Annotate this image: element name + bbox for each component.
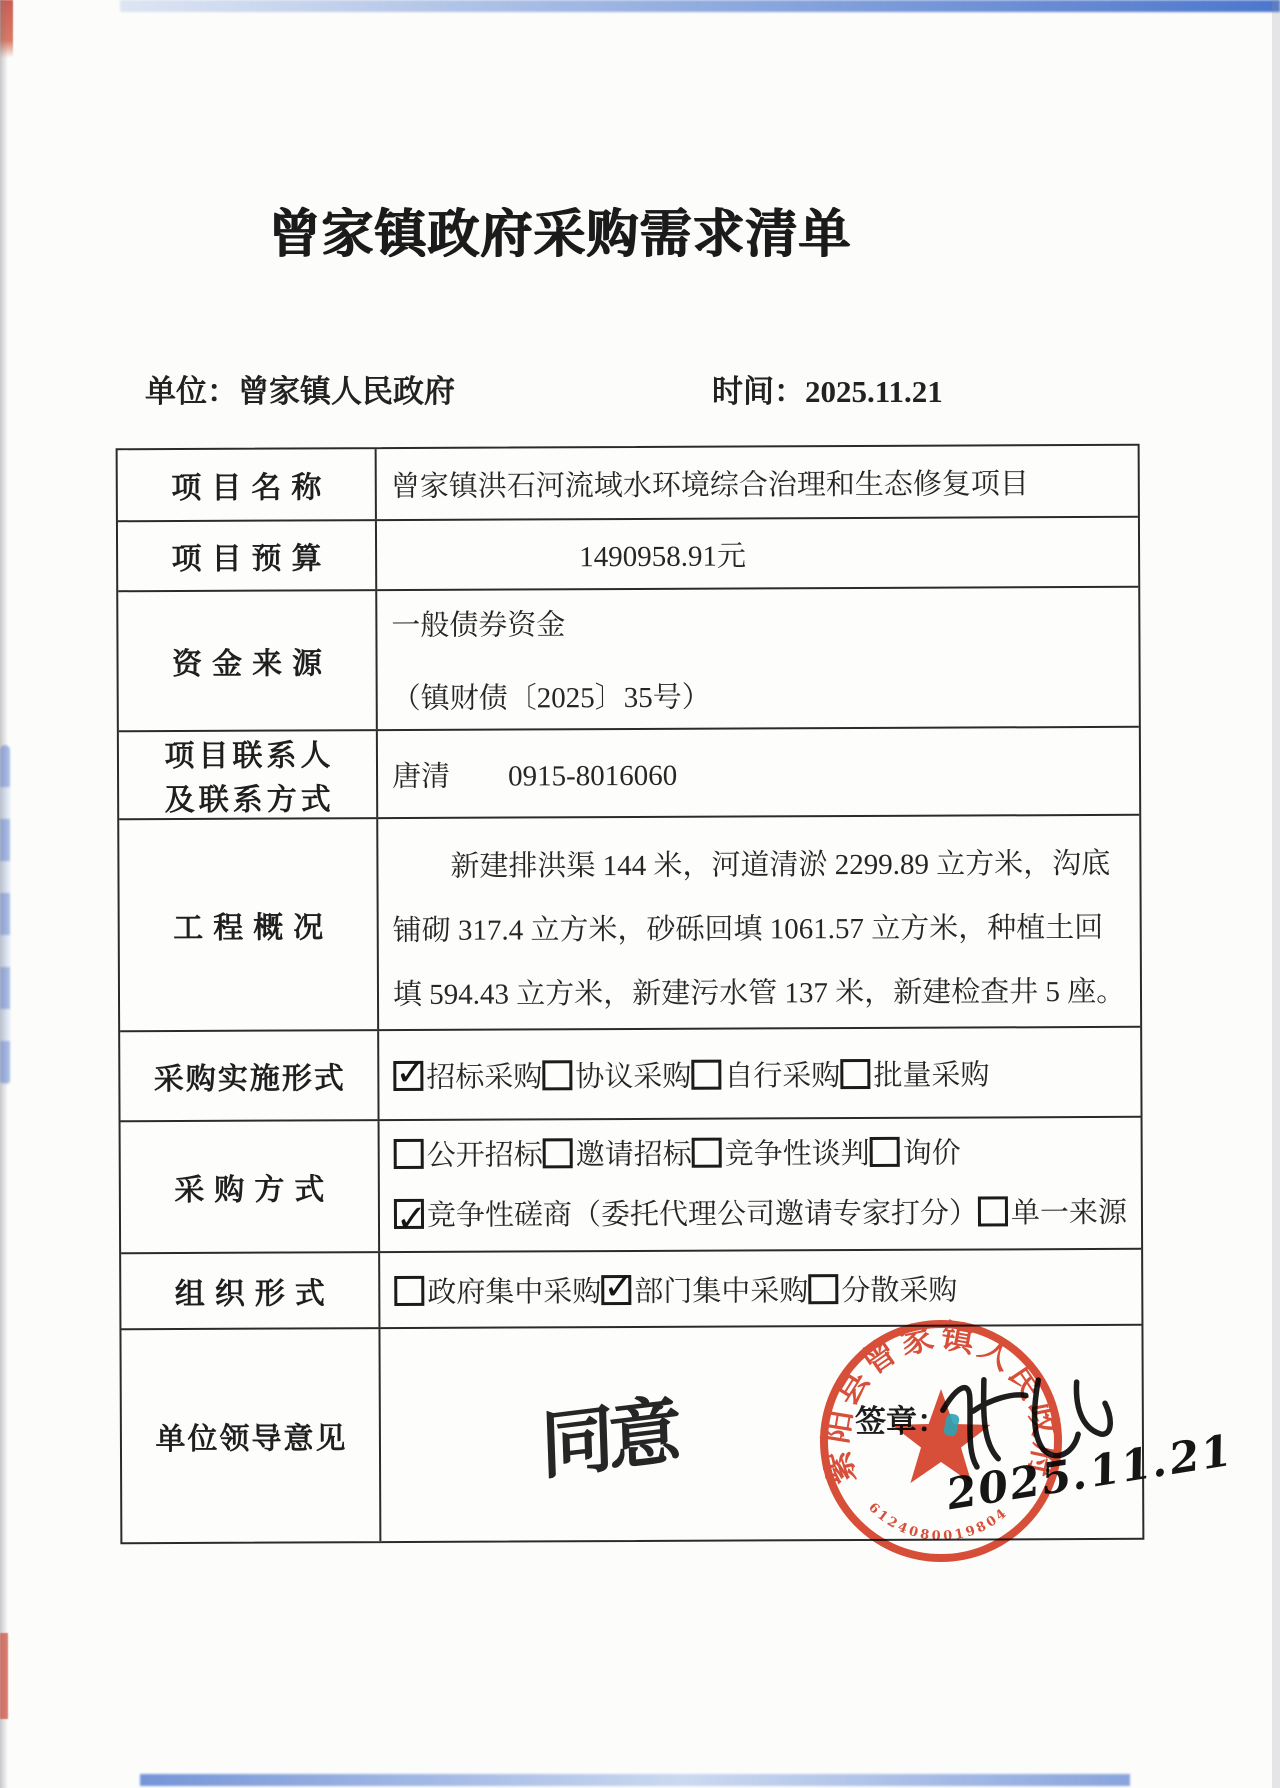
row-label: 项目联系人 及联系方式 bbox=[119, 731, 378, 818]
contact-value: 唐清 0915-8016060 bbox=[392, 750, 1139, 794]
overview-line1: 新建排洪渠 144 米，河道清淤 2299.89 立方米，沟底 bbox=[392, 832, 1139, 899]
organization-options: 政府集中采购部门集中采购分散采购 bbox=[394, 1266, 1141, 1310]
scan-artifact-left-blue-smudge bbox=[0, 745, 10, 1085]
project-budget-value: 1490958.91元 bbox=[579, 533, 746, 575]
row-label: 单位领导意见 bbox=[121, 1329, 381, 1542]
contact-label-line2: 及联系方式 bbox=[161, 774, 335, 819]
table-row-project-overview: 工程概况 新建排洪渠 144 米，河道清淤 2299.89 立方米，沟底 铺砌 … bbox=[119, 814, 1140, 1030]
row-label: 采购方式 bbox=[121, 1121, 381, 1252]
funding-source-line2: （镇财债〔2025〕35号） bbox=[392, 673, 1139, 717]
row-value: 1490958.91元 bbox=[377, 518, 1138, 589]
option-batch-procurement: 批量采购 bbox=[840, 1059, 989, 1092]
overview-line3: 填 594.43 立方米，新建污水管 137 米，新建检查井 5 座。 bbox=[393, 960, 1140, 1027]
overview-line2: 铺砌 317.4 立方米，砂砾回填 1061.57 立方米，种植土回 bbox=[393, 896, 1140, 963]
scan-artifact-top-blue-streak bbox=[120, 0, 1280, 12]
option-decentralized: 分散采购 bbox=[808, 1274, 957, 1307]
table-row-procurement-method: 采购方式 公开招标邀请招标竞争性谈判询价 竞争性磋商（委托代理公司邀请专家打分）… bbox=[121, 1116, 1142, 1252]
option-department-centralized: 部门集中采购 bbox=[601, 1275, 808, 1308]
row-label: 资金来源 bbox=[118, 591, 378, 730]
row-value: 公开招标邀请招标竞争性谈判询价 竞争性磋商（委托代理公司邀请专家打分）单一来源 bbox=[380, 1118, 1142, 1251]
row-label: 项目名称 bbox=[118, 449, 377, 520]
method-options-line1: 公开招标邀请招标竞争性谈判询价 bbox=[394, 1123, 1141, 1186]
checkbox-icon bbox=[543, 1138, 573, 1168]
row-label: 工程概况 bbox=[119, 819, 379, 1030]
table-row-funding-source: 资金来源 一般债券资金 （镇财债〔2025〕35号） bbox=[118, 586, 1139, 730]
row-value: 一般债券资金 （镇财债〔2025〕35号） bbox=[377, 588, 1139, 729]
row-label: 项目预算 bbox=[118, 521, 377, 590]
star-icon bbox=[892, 1389, 991, 1483]
table-row-implementation-form: 采购实施形式 招标采购协议采购自行采购批量采购 bbox=[120, 1026, 1140, 1120]
project-name-value: 曾家镇洪石河流域水环境综合治理和生态修复项目 bbox=[391, 460, 1138, 504]
scan-artifact-left-red-smudge bbox=[0, 1633, 8, 1719]
checkbox-checked-icon bbox=[393, 1060, 423, 1090]
handwritten-approval-text: 同意 bbox=[539, 1372, 678, 1495]
checkbox-icon bbox=[840, 1058, 870, 1088]
row-value: 曾家镇洪石河流域水环境综合治理和生态修复项目 bbox=[377, 446, 1138, 519]
option-agreement-procurement: 协议采购 bbox=[542, 1060, 691, 1093]
checkbox-icon bbox=[394, 1275, 424, 1305]
row-value: 新建排洪渠 144 米，河道清淤 2299.89 立方米，沟底 铺砌 317.4… bbox=[378, 816, 1140, 1029]
scan-artifact-right-edge-shadow bbox=[1272, 0, 1280, 1788]
option-self-procurement: 自行采购 bbox=[691, 1060, 840, 1093]
checkbox-icon bbox=[808, 1274, 838, 1304]
row-value: 招标采购协议采购自行采购批量采购 bbox=[379, 1028, 1140, 1119]
implementation-options: 招标采购协议采购自行采购批量采购 bbox=[393, 1051, 1140, 1095]
checkbox-icon bbox=[978, 1196, 1008, 1226]
checkbox-checked-icon bbox=[601, 1274, 631, 1304]
option-competitive-negotiation: 竞争性谈判 bbox=[692, 1138, 870, 1171]
scan-artifact-bottom-blue-streak bbox=[140, 1774, 1130, 1786]
checkbox-icon bbox=[394, 1139, 424, 1169]
checkbox-icon bbox=[691, 1059, 721, 1089]
checkbox-checked-icon bbox=[394, 1199, 424, 1229]
option-inquiry: 询价 bbox=[870, 1138, 961, 1170]
official-seal-stamp: 紫阳县曾家镇人民政府 6124080019804 bbox=[810, 1310, 1072, 1572]
page-title: 曾家镇政府采购需求清单 bbox=[170, 192, 950, 267]
row-value: 唐清 0915-8016060 bbox=[378, 728, 1139, 817]
option-government-centralized: 政府集中采购 bbox=[394, 1276, 601, 1309]
contact-label-line1: 项目联系人 bbox=[160, 730, 334, 775]
method-options-line2: 竞争性磋商（委托代理公司邀请专家打分）单一来源 bbox=[394, 1183, 1141, 1246]
row-label: 组织形式 bbox=[121, 1253, 380, 1328]
scan-artifact-left-edge-shadow bbox=[0, 0, 8, 1788]
table-row-contact: 项目联系人 及联系方式 唐清 0915-8016060 bbox=[119, 726, 1139, 818]
checkbox-icon bbox=[692, 1138, 722, 1168]
funding-source-line1: 一般债券资金 bbox=[391, 600, 1138, 644]
option-bidding-procurement: 招标采购 bbox=[393, 1061, 542, 1094]
checkbox-icon bbox=[542, 1060, 572, 1090]
option-competitive-consultation: 竞争性磋商（委托代理公司邀请专家打分） bbox=[394, 1197, 978, 1232]
checkbox-icon bbox=[870, 1137, 900, 1167]
scanned-document-page: 曾家镇政府采购需求清单 单位：曾家镇人民政府 时间：2025.11.21 项目名… bbox=[0, 0, 1280, 1788]
option-open-bidding: 公开招标 bbox=[394, 1139, 543, 1172]
table-row-project-name: 项目名称 曾家镇洪石河流域水环境综合治理和生态修复项目 bbox=[118, 446, 1138, 520]
table-row-project-budget: 项目预算 1490958.91元 bbox=[118, 516, 1138, 590]
seal-serial-number: 6124080019804 bbox=[865, 1500, 1011, 1544]
row-label: 采购实施形式 bbox=[120, 1031, 379, 1120]
option-invited-bidding: 邀请招标 bbox=[543, 1139, 692, 1172]
unit-label: 单位：曾家镇人民政府 bbox=[145, 366, 455, 411]
scan-artifact-topleft-red-mark bbox=[0, 0, 13, 58]
option-single-source: 单一来源 bbox=[978, 1197, 1127, 1230]
date-label: 时间：2025.11.21 bbox=[712, 366, 943, 411]
